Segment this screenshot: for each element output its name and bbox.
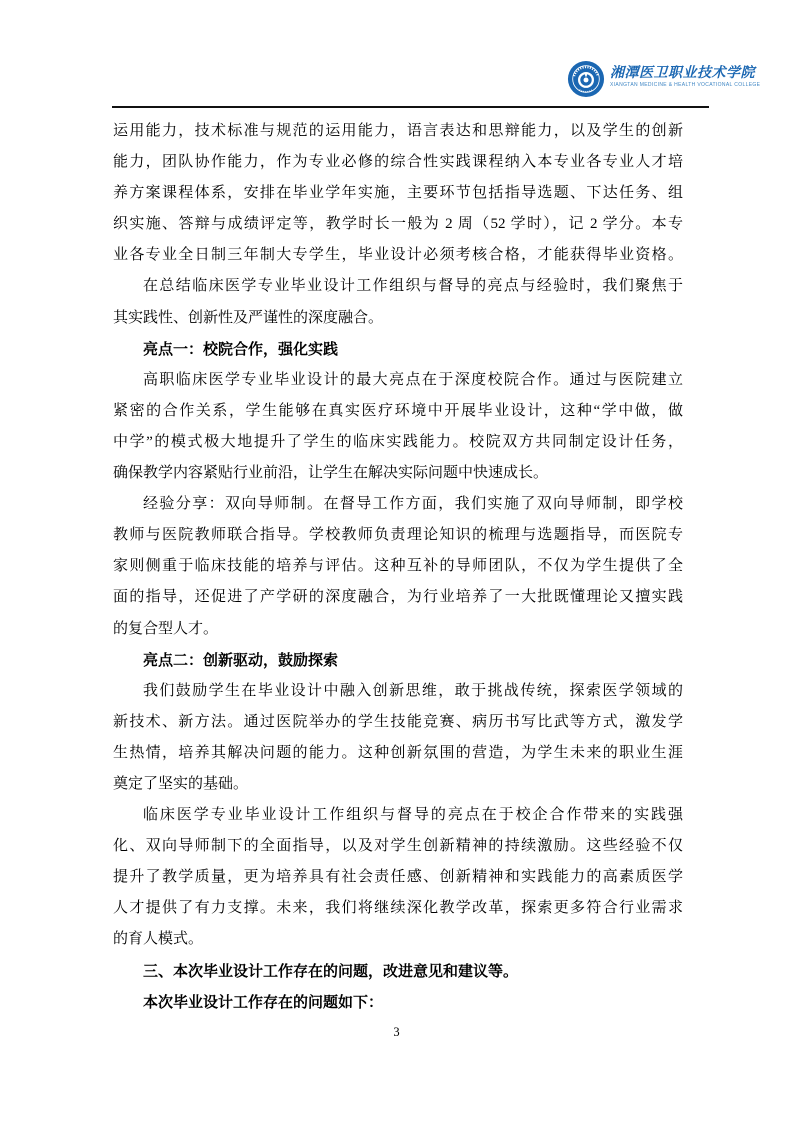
college-name-en: XIANGTAN MEDICINE & HEALTH VOCATIONAL CO…: [610, 82, 760, 89]
text-line: 人才提供了有力支撑。未来，我们将继续深化教学改革，探索更多符合行业需求: [113, 893, 683, 924]
page-number: 3: [0, 1024, 793, 1040]
college-name: 湘潭医卫职业技术学院: [610, 65, 760, 82]
text-line: 的复合型人才。: [113, 614, 683, 645]
document-page: 湘潭医卫职业技术学院 XIANGTAN MEDICINE & HEALTH VO…: [0, 0, 793, 1122]
text-line: 能力，团队协作能力，作为专业必修的综合性实践课程纳入本专业各专业人才培: [113, 147, 683, 178]
text-line: 化、双向导师制下的全面指导，以及对学生创新精神的持续激励。这些经验不仅: [113, 831, 683, 862]
text-line: 提升了教学质量，更为培养具有社会责任感、创新精神和实践能力的高素质医学: [113, 862, 683, 893]
text-line: 家则侧重于临床技能的培养与评估。这种互补的导师团队，不仅为学生提供了全: [113, 551, 683, 582]
text-line: 业各专业全日制三年制大专学生，毕业设计必须考核合格，才能获得毕业资格。: [113, 240, 683, 271]
header-rule: [112, 106, 709, 108]
college-logo-text: 湘潭医卫职业技术学院 XIANGTAN MEDICINE & HEALTH VO…: [610, 60, 760, 89]
text-line: 运用能力，技术标准与规范的运用能力，语言表达和思辩能力，以及学生的创新: [113, 116, 683, 147]
text-line: 本次毕业设计工作存在的问题如下：: [113, 987, 683, 1018]
college-logo-emblem: [567, 60, 605, 98]
text-line: 织实施、答辩与成绩评定等，教学时长一般为 2 周（52 学时），记 2 学分。本…: [113, 209, 683, 240]
text-line: 临床医学专业毕业设计工作组织与督导的亮点在于校企合作带来的实践强: [113, 800, 683, 831]
text-line: 其实践性、创新性及严谨性的深度融合。: [113, 303, 683, 334]
text-line: 我们鼓励学生在毕业设计中融入创新思维，敢于挑战传统，探索医学领域的: [113, 676, 683, 707]
college-logo: 湘潭医卫职业技术学院 XIANGTAN MEDICINE & HEALTH VO…: [567, 60, 760, 98]
text-line: 教师与医院教师联合指导。学校教师负责理论知识的梳理与选题指导，而医院专: [113, 520, 683, 551]
text-line: 高职临床医学专业毕业设计的最大亮点在于深度校院合作。通过与医院建立: [113, 365, 683, 396]
text-line: 在总结临床医学专业毕业设计工作组织与督导的亮点与经验时，我们聚焦于: [113, 271, 683, 302]
document-body: 运用能力，技术标准与规范的运用能力，语言表达和思辩能力，以及学生的创新能力，团队…: [113, 116, 683, 1018]
text-line: 紧密的合作关系，学生能够在真实医疗环境中开展毕业设计，这种“学中做，做: [113, 396, 683, 427]
text-line: 面的指导，还促进了产学研的深度融合，为行业培养了一大批既懂理论又擅实践: [113, 582, 683, 613]
text-line: 养方案课程体系，安排在毕业学年实施，主要环节包括指导选题、下达任务、组: [113, 178, 683, 209]
text-line: 亮点二：创新驱动，鼓励探索: [113, 645, 683, 676]
text-line: 新技术、新方法。通过医院举办的学生技能竞赛、病历书写比武等方式，激发学: [113, 707, 683, 738]
text-line: 三、本次毕业设计工作存在的问题，改进意见和建议等。: [113, 956, 683, 987]
text-line: 生热情，培养其解决问题的能力。这种创新氛围的营造，为学生未来的职业生涯: [113, 738, 683, 769]
text-line: 确保教学内容紧贴行业前沿，让学生在解决实际问题中快速成长。: [113, 458, 683, 489]
text-line: 经验分享：双向导师制。在督导工作方面，我们实施了双向导师制，即学校: [113, 489, 683, 520]
text-line: 奠定了坚实的基础。: [113, 769, 683, 800]
text-line: 中学”的模式极大地提升了学生的临床实践能力。校院双方共同制定设计任务，: [113, 427, 683, 458]
text-line: 的育人模式。: [113, 924, 683, 955]
text-line: 亮点一：校院合作，强化实践: [113, 334, 683, 365]
